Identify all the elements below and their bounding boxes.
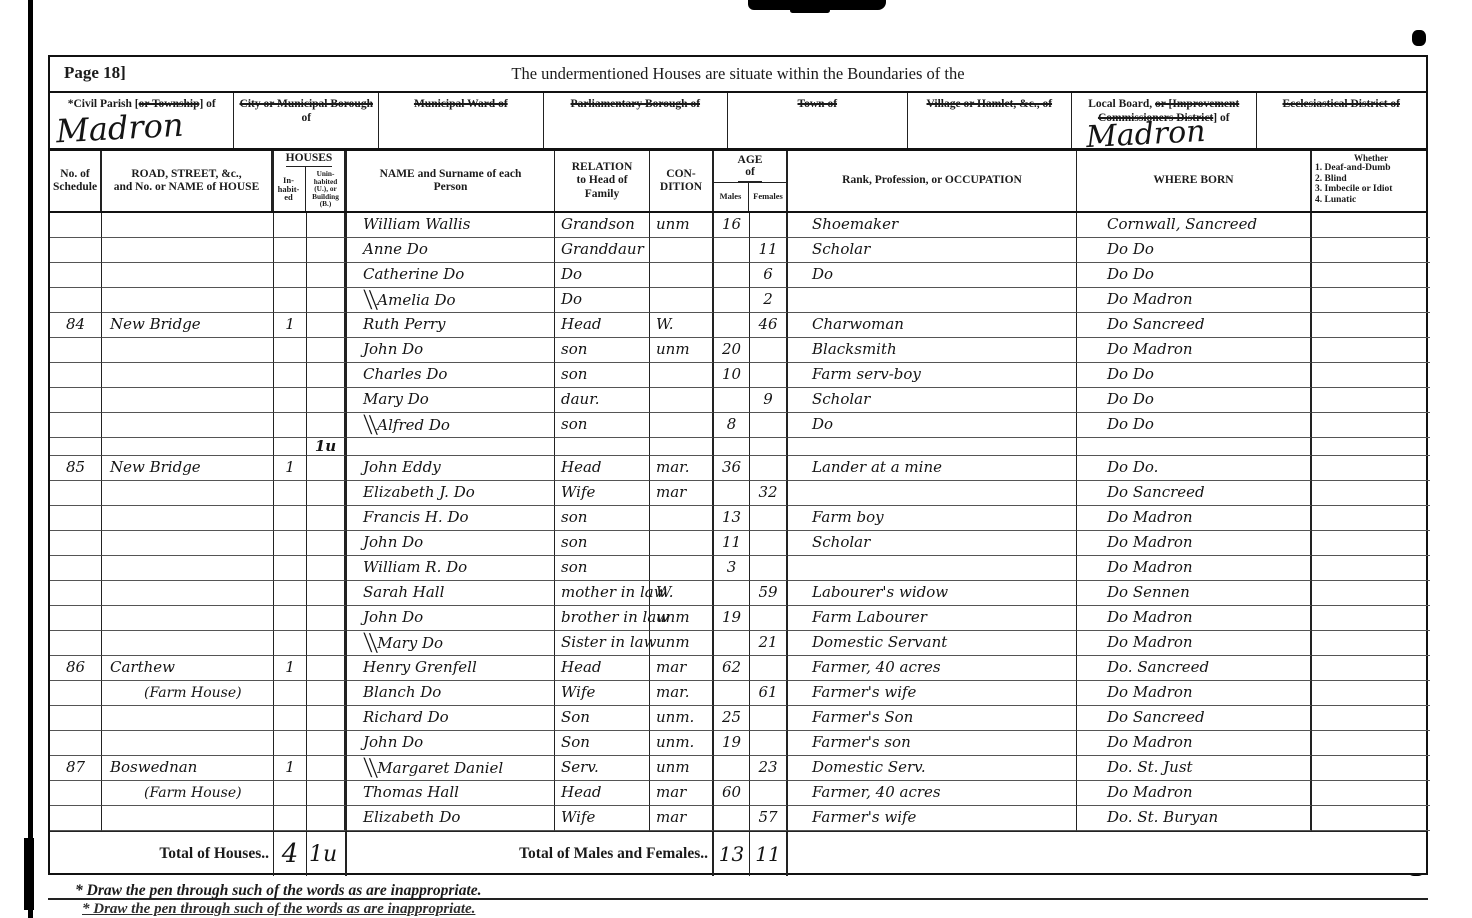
- infirmity: [1312, 438, 1430, 456]
- condition: mar: [650, 481, 714, 506]
- table-row: William R. Do son 3 Do Madron: [50, 556, 1426, 581]
- column-header-row: No. of Schedule ROAD, STREET, &c., and N…: [50, 151, 1426, 213]
- house-name: [102, 531, 274, 556]
- occupation: [788, 438, 1077, 456]
- house-name: (Farm House): [102, 681, 274, 706]
- table-row: ╲╲Mary Do Sister in law unm 21 Domestic …: [50, 631, 1426, 656]
- where-born: Do. St. Just: [1077, 756, 1312, 781]
- houses-inhabited: [274, 263, 307, 288]
- occupation: Farm boy: [788, 506, 1077, 531]
- age-male: 11: [714, 531, 750, 556]
- relation: [555, 438, 650, 456]
- houses-inhabited: [274, 556, 307, 581]
- occupation: Charwoman: [788, 313, 1077, 338]
- person-name: ╲╲Mary Do: [347, 631, 555, 656]
- where-born: Do Madron: [1077, 338, 1312, 363]
- age-female: [750, 781, 788, 806]
- age-male: [714, 581, 750, 606]
- houses-inhabited: [274, 288, 307, 313]
- table-row: ╲╲Amelia Do Do 2 Do Madron: [50, 288, 1426, 313]
- house-name: [102, 506, 274, 531]
- house-name: [102, 288, 274, 313]
- col-relation: RELATION to Head of Family: [555, 151, 650, 211]
- infirmity: [1312, 288, 1430, 313]
- condition: mar: [650, 781, 714, 806]
- person-name: Mary Do: [347, 388, 555, 413]
- person-name: Henry Grenfell: [347, 656, 555, 681]
- where-born: Do Madron: [1077, 288, 1312, 313]
- col-infirmity-items: 1. Deaf-and-Dumb 2. Blind 3. Imbecile or…: [1315, 163, 1392, 206]
- schedule-number: [50, 631, 102, 656]
- occupation: Farmer's Son: [788, 706, 1077, 731]
- house-name: Carthew: [102, 656, 274, 681]
- occupation: Scholar: [788, 238, 1077, 263]
- condition: [650, 288, 714, 313]
- schedule-number: [50, 413, 102, 438]
- house-name: New Bridge: [102, 456, 274, 481]
- total-houses-uninhabited: 1u: [307, 832, 347, 876]
- total-houses-inhabited: 4: [274, 832, 307, 876]
- col-road: ROAD, STREET, &c., and No. or NAME of HO…: [102, 151, 274, 211]
- col-condition: CON- DITION: [650, 151, 714, 211]
- condition: mar: [650, 656, 714, 681]
- houses-uninhabited: [307, 213, 347, 238]
- person-name: John Eddy: [347, 456, 555, 481]
- table-row: Sarah Hall mother in law W. 59 Labourer'…: [50, 581, 1426, 606]
- condition: [650, 238, 714, 263]
- where-born: Do Do.: [1077, 456, 1312, 481]
- occupation: Blacksmith: [788, 338, 1077, 363]
- relation: brother in law: [555, 606, 650, 631]
- house-name: [102, 413, 274, 438]
- table-row: Richard Do Son unm. 25 Farmer's Son Do S…: [50, 706, 1426, 731]
- relation: son: [555, 413, 650, 438]
- person-name: Elizabeth Do: [347, 806, 555, 831]
- schedule-number: [50, 781, 102, 806]
- relation: Wife: [555, 806, 650, 831]
- where-born: Do Do: [1077, 388, 1312, 413]
- col-name: NAME and Surname of each Person: [347, 151, 555, 211]
- jurisdiction-row: *Civil Parish [or Township] of Madron Ci…: [50, 93, 1426, 151]
- occupation: Scholar: [788, 531, 1077, 556]
- infirmity: [1312, 481, 1430, 506]
- person-name: William R. Do: [347, 556, 555, 581]
- infirmity: [1312, 338, 1430, 363]
- schedule-number: [50, 606, 102, 631]
- scan-edge-left: [28, 0, 33, 918]
- age-female: [750, 656, 788, 681]
- house-name: (Farm House): [102, 781, 274, 806]
- age-female: [750, 338, 788, 363]
- age-female: [750, 456, 788, 481]
- table-rows: William Wallis Grandson unm 16 Shoemaker…: [50, 213, 1426, 831]
- infirmity: [1312, 556, 1430, 581]
- total-males: 13: [714, 832, 750, 876]
- age-male: 16: [714, 213, 750, 238]
- relation: Wife: [555, 481, 650, 506]
- relation: Grandson: [555, 213, 650, 238]
- age-male: 8: [714, 413, 750, 438]
- house-name: [102, 606, 274, 631]
- tally-mark-icon: ╲╲: [362, 755, 376, 779]
- occupation: Farmer, 40 acres: [788, 656, 1077, 681]
- where-born: Do Madron: [1077, 631, 1312, 656]
- relation: Head: [555, 781, 650, 806]
- age-female: [750, 506, 788, 531]
- condition: mar: [650, 806, 714, 831]
- relation: Son: [555, 706, 650, 731]
- col-females: Females: [749, 183, 787, 212]
- where-born: Do Madron: [1077, 506, 1312, 531]
- schedule-number: [50, 388, 102, 413]
- relation: Do: [555, 263, 650, 288]
- condition: [650, 506, 714, 531]
- age-female: [750, 706, 788, 731]
- house-name: [102, 556, 274, 581]
- tally-mark-icon: ╲╲: [362, 412, 376, 436]
- houses-inhabited: [274, 781, 307, 806]
- person-name: Blanch Do: [347, 681, 555, 706]
- where-born: Do Do: [1077, 238, 1312, 263]
- jurisdiction-town: Town of: [728, 93, 907, 148]
- table-row: John Do Son unm. 19 Farmer's son Do Madr…: [50, 731, 1426, 756]
- house-name: [102, 706, 274, 731]
- houses-uninhabited: [307, 606, 347, 631]
- relation: Head: [555, 313, 650, 338]
- schedule-number: [50, 288, 102, 313]
- occupation: Farmer's wife: [788, 681, 1077, 706]
- houses-uninhabited: [307, 288, 347, 313]
- house-name: [102, 438, 274, 456]
- age-male: 25: [714, 706, 750, 731]
- occupation: Farmer's son: [788, 731, 1077, 756]
- houses-inhabited: [274, 606, 307, 631]
- relation: Sister in law: [555, 631, 650, 656]
- infirmity: [1312, 656, 1430, 681]
- person-name: Sarah Hall: [347, 581, 555, 606]
- schedule-number: [50, 531, 102, 556]
- table-row: Elizabeth Do Wife mar 57 Farmer's wife D…: [50, 806, 1426, 831]
- table-row: 87 Boswednan 1 ╲╲Margaret Daniel Serv. u…: [50, 756, 1426, 781]
- houses-uninhabited: [307, 263, 347, 288]
- schedule-number: [50, 681, 102, 706]
- occupation: Domestic Serv.: [788, 756, 1077, 781]
- condition: W.: [650, 313, 714, 338]
- table-row: Elizabeth J. Do Wife mar 32 Do Sancreed: [50, 481, 1426, 506]
- houses-uninhabited: [307, 363, 347, 388]
- houses-uninhabited: [307, 581, 347, 606]
- infirmity: [1312, 456, 1430, 481]
- where-born: Do Madron: [1077, 731, 1312, 756]
- occupation: Farm serv-boy: [788, 363, 1077, 388]
- age-male: [714, 806, 750, 831]
- jurisdiction-village: Village or Hamlet, &c., of: [908, 93, 1073, 148]
- where-born: Do Sancreed: [1077, 481, 1312, 506]
- houses-uninhabited: 1u: [307, 438, 347, 456]
- age-female: [750, 731, 788, 756]
- jurisdiction-civil-parish: *Civil Parish [or Township] of Madron: [50, 93, 234, 148]
- schedule-number: [50, 238, 102, 263]
- tally-mark-icon: ╲╲: [362, 630, 376, 654]
- relation: mother in law: [555, 581, 650, 606]
- houses-inhabited: [274, 481, 307, 506]
- age-male: [714, 238, 750, 263]
- condition: [650, 438, 714, 456]
- houses-uninhabited: [307, 238, 347, 263]
- person-name: William Wallis: [347, 213, 555, 238]
- jurisdiction-municipal-borough: City or Municipal Borough of: [234, 93, 379, 148]
- table-row: (Farm House) Thomas Hall Head mar 60 Far…: [50, 781, 1426, 806]
- houses-inhabited: [274, 681, 307, 706]
- occupation: Do: [788, 263, 1077, 288]
- col-infirmity: Whether 1. Deaf-and-Dumb 2. Blind 3. Imb…: [1312, 151, 1430, 211]
- age-female: 57: [750, 806, 788, 831]
- houses-inhabited: [274, 806, 307, 831]
- age-female: 46: [750, 313, 788, 338]
- total-females: 11: [750, 832, 788, 876]
- houses-uninhabited: [307, 506, 347, 531]
- occupation: Lander at a mine: [788, 456, 1077, 481]
- condition: mar.: [650, 456, 714, 481]
- person-name: Elizabeth J. Do: [347, 481, 555, 506]
- houses-uninhabited: [307, 706, 347, 731]
- occupation: [788, 288, 1077, 313]
- occupation: [788, 481, 1077, 506]
- age-male: [714, 263, 750, 288]
- where-born: Do Madron: [1077, 681, 1312, 706]
- jurisdiction-parliamentary-borough: Parliamentary Borough of: [544, 93, 728, 148]
- infirmity: [1312, 413, 1430, 438]
- house-name: [102, 481, 274, 506]
- relation: Son: [555, 731, 650, 756]
- relation: Granddaur: [555, 238, 650, 263]
- infirmity: [1312, 213, 1430, 238]
- infirmity: [1312, 238, 1430, 263]
- houses-inhabited: [274, 506, 307, 531]
- table-row: Mary Do daur. 9 Scholar Do Do: [50, 388, 1426, 413]
- col-houses: HOUSES: [286, 151, 333, 167]
- table-row: 86 Carthew 1 Henry Grenfell Head mar 62 …: [50, 656, 1426, 681]
- infirmity: [1312, 263, 1430, 288]
- schedule-number: [50, 506, 102, 531]
- house-name: [102, 631, 274, 656]
- occupation: Shoemaker: [788, 213, 1077, 238]
- occupation: Farm Labourer: [788, 606, 1077, 631]
- age-male: [714, 438, 750, 456]
- house-name: [102, 238, 274, 263]
- where-born: Do Madron: [1077, 556, 1312, 581]
- footnote-rule: [48, 898, 1428, 900]
- table-row: John Do son unm 20 Blacksmith Do Madron: [50, 338, 1426, 363]
- occupation: Farmer's wife: [788, 806, 1077, 831]
- age-female: 2: [750, 288, 788, 313]
- house-name: [102, 581, 274, 606]
- houses-inhabited: [274, 531, 307, 556]
- top-band: Page 18] The undermentioned Houses are s…: [50, 57, 1426, 93]
- condition: unm.: [650, 731, 714, 756]
- age-female: 61: [750, 681, 788, 706]
- col-houses-group: HOUSES In- habit- ed Unin- habited (U.),…: [274, 151, 347, 211]
- occupation: Scholar: [788, 388, 1077, 413]
- person-name: Thomas Hall: [347, 781, 555, 806]
- table-row: 1u: [50, 438, 1426, 456]
- relation: son: [555, 363, 650, 388]
- table-row: 85 New Bridge 1 John Eddy Head mar. 36 L…: [50, 456, 1426, 481]
- infirmity: [1312, 781, 1430, 806]
- occupation: [788, 556, 1077, 581]
- infirmity: [1312, 531, 1430, 556]
- banner-title: The undermentioned Houses are situate wi…: [50, 64, 1426, 84]
- relation: son: [555, 506, 650, 531]
- condition: mar.: [650, 681, 714, 706]
- houses-uninhabited: [307, 531, 347, 556]
- houses-uninhabited: [307, 388, 347, 413]
- totals-row: Total of Houses.. 4 1u Total of Males an…: [50, 831, 1426, 876]
- houses-uninhabited: [307, 481, 347, 506]
- schedule-number: [50, 581, 102, 606]
- where-born: Do Sancreed: [1077, 313, 1312, 338]
- scan-blob: [1412, 30, 1426, 46]
- person-name: Richard Do: [347, 706, 555, 731]
- condition: [650, 413, 714, 438]
- age-female: 59: [750, 581, 788, 606]
- schedule-number: 86: [50, 656, 102, 681]
- table-row: Anne Do Granddaur 11 Scholar Do Do: [50, 238, 1426, 263]
- schedule-number: [50, 481, 102, 506]
- house-name: New Bridge: [102, 313, 274, 338]
- house-name: [102, 731, 274, 756]
- occupation: Labourer's widow: [788, 581, 1077, 606]
- infirmity: [1312, 681, 1430, 706]
- infirmity: [1312, 313, 1430, 338]
- person-name: ╲╲Alfred Do: [347, 413, 555, 438]
- houses-inhabited: [274, 213, 307, 238]
- age-male: [714, 681, 750, 706]
- age-female: 11: [750, 238, 788, 263]
- houses-uninhabited: [307, 806, 347, 831]
- col-infirmity-title: Whether: [1354, 153, 1388, 163]
- col-age: AGE of: [738, 151, 763, 182]
- age-male: 19: [714, 731, 750, 756]
- relation: Head: [555, 656, 650, 681]
- schedule-number: [50, 263, 102, 288]
- infirmity: [1312, 606, 1430, 631]
- table-row: Charles Do son 10 Farm serv-boy Do Do: [50, 363, 1426, 388]
- person-name: John Do: [347, 731, 555, 756]
- table-row: John Do brother in law unm 19 Farm Labou…: [50, 606, 1426, 631]
- age-female: 6: [750, 263, 788, 288]
- house-name: [102, 263, 274, 288]
- houses-inhabited: [274, 438, 307, 456]
- houses-inhabited: [274, 238, 307, 263]
- condition: unm: [650, 338, 714, 363]
- houses-uninhabited: [307, 413, 347, 438]
- col-inhabited: In- habit- ed: [273, 167, 306, 211]
- schedule-number: 87: [50, 756, 102, 781]
- schedule-number: [50, 438, 102, 456]
- person-name: Ruth Perry: [347, 313, 555, 338]
- census-sheet: Page 18] The undermentioned Houses are s…: [48, 55, 1428, 875]
- person-name: Charles Do: [347, 363, 555, 388]
- scan-smudge-top: [790, 8, 830, 13]
- age-male: 62: [714, 656, 750, 681]
- houses-inhabited: [274, 338, 307, 363]
- age-female: [750, 213, 788, 238]
- infirmity: [1312, 506, 1430, 531]
- where-born: Do Sancreed: [1077, 706, 1312, 731]
- col-occupation: Rank, Profession, or OCCUPATION: [788, 151, 1077, 211]
- age-male: [714, 631, 750, 656]
- age-female: [750, 413, 788, 438]
- age-female: 21: [750, 631, 788, 656]
- houses-uninhabited: [307, 656, 347, 681]
- person-name: Anne Do: [347, 238, 555, 263]
- house-name: [102, 388, 274, 413]
- houses-uninhabited: [307, 313, 347, 338]
- person-name: Francis H. Do: [347, 506, 555, 531]
- relation: son: [555, 556, 650, 581]
- where-born: Cornwall, Sancreed: [1077, 213, 1312, 238]
- infirmity: [1312, 706, 1430, 731]
- relation: son: [555, 531, 650, 556]
- where-born: [1077, 438, 1312, 456]
- relation: Head: [555, 456, 650, 481]
- condition: unm: [650, 756, 714, 781]
- col-schedule: No. of Schedule: [50, 151, 102, 211]
- table-row: John Do son 11 Scholar Do Madron: [50, 531, 1426, 556]
- infirmity: [1312, 388, 1430, 413]
- total-houses-label: Total of Houses..: [50, 832, 274, 876]
- footnote-ghost: * Draw the pen through such of the words…: [82, 901, 475, 918]
- age-male: 19: [714, 606, 750, 631]
- infirmity: [1312, 806, 1430, 831]
- infirmity: [1312, 581, 1430, 606]
- age-female: [750, 363, 788, 388]
- condition: unm.: [650, 706, 714, 731]
- schedule-number: [50, 706, 102, 731]
- condition: [650, 556, 714, 581]
- houses-uninhabited: [307, 556, 347, 581]
- house-name: [102, 338, 274, 363]
- houses-inhabited: 1: [274, 456, 307, 481]
- houses-uninhabited: [307, 681, 347, 706]
- condition: [650, 363, 714, 388]
- infirmity: [1312, 731, 1430, 756]
- relation: daur.: [555, 388, 650, 413]
- occupation: Do: [788, 413, 1077, 438]
- person-name: ╲╲Margaret Daniel: [347, 756, 555, 781]
- condition: [650, 263, 714, 288]
- age-male: [714, 313, 750, 338]
- person-name: [347, 438, 555, 456]
- age-female: [750, 531, 788, 556]
- houses-inhabited: [274, 413, 307, 438]
- where-born: Do Do: [1077, 363, 1312, 388]
- houses-uninhabited: [307, 456, 347, 481]
- houses-uninhabited: [307, 756, 347, 781]
- houses-inhabited: [274, 363, 307, 388]
- table-row: ╲╲Alfred Do son 8 Do Do Do: [50, 413, 1426, 438]
- houses-inhabited: 1: [274, 756, 307, 781]
- age-male: 20: [714, 338, 750, 363]
- condition: unm: [650, 631, 714, 656]
- relation: Do: [555, 288, 650, 313]
- condition: [650, 531, 714, 556]
- infirmity: [1312, 756, 1430, 781]
- schedule-number: [50, 731, 102, 756]
- col-males: Males: [713, 183, 749, 212]
- age-female: 9: [750, 388, 788, 413]
